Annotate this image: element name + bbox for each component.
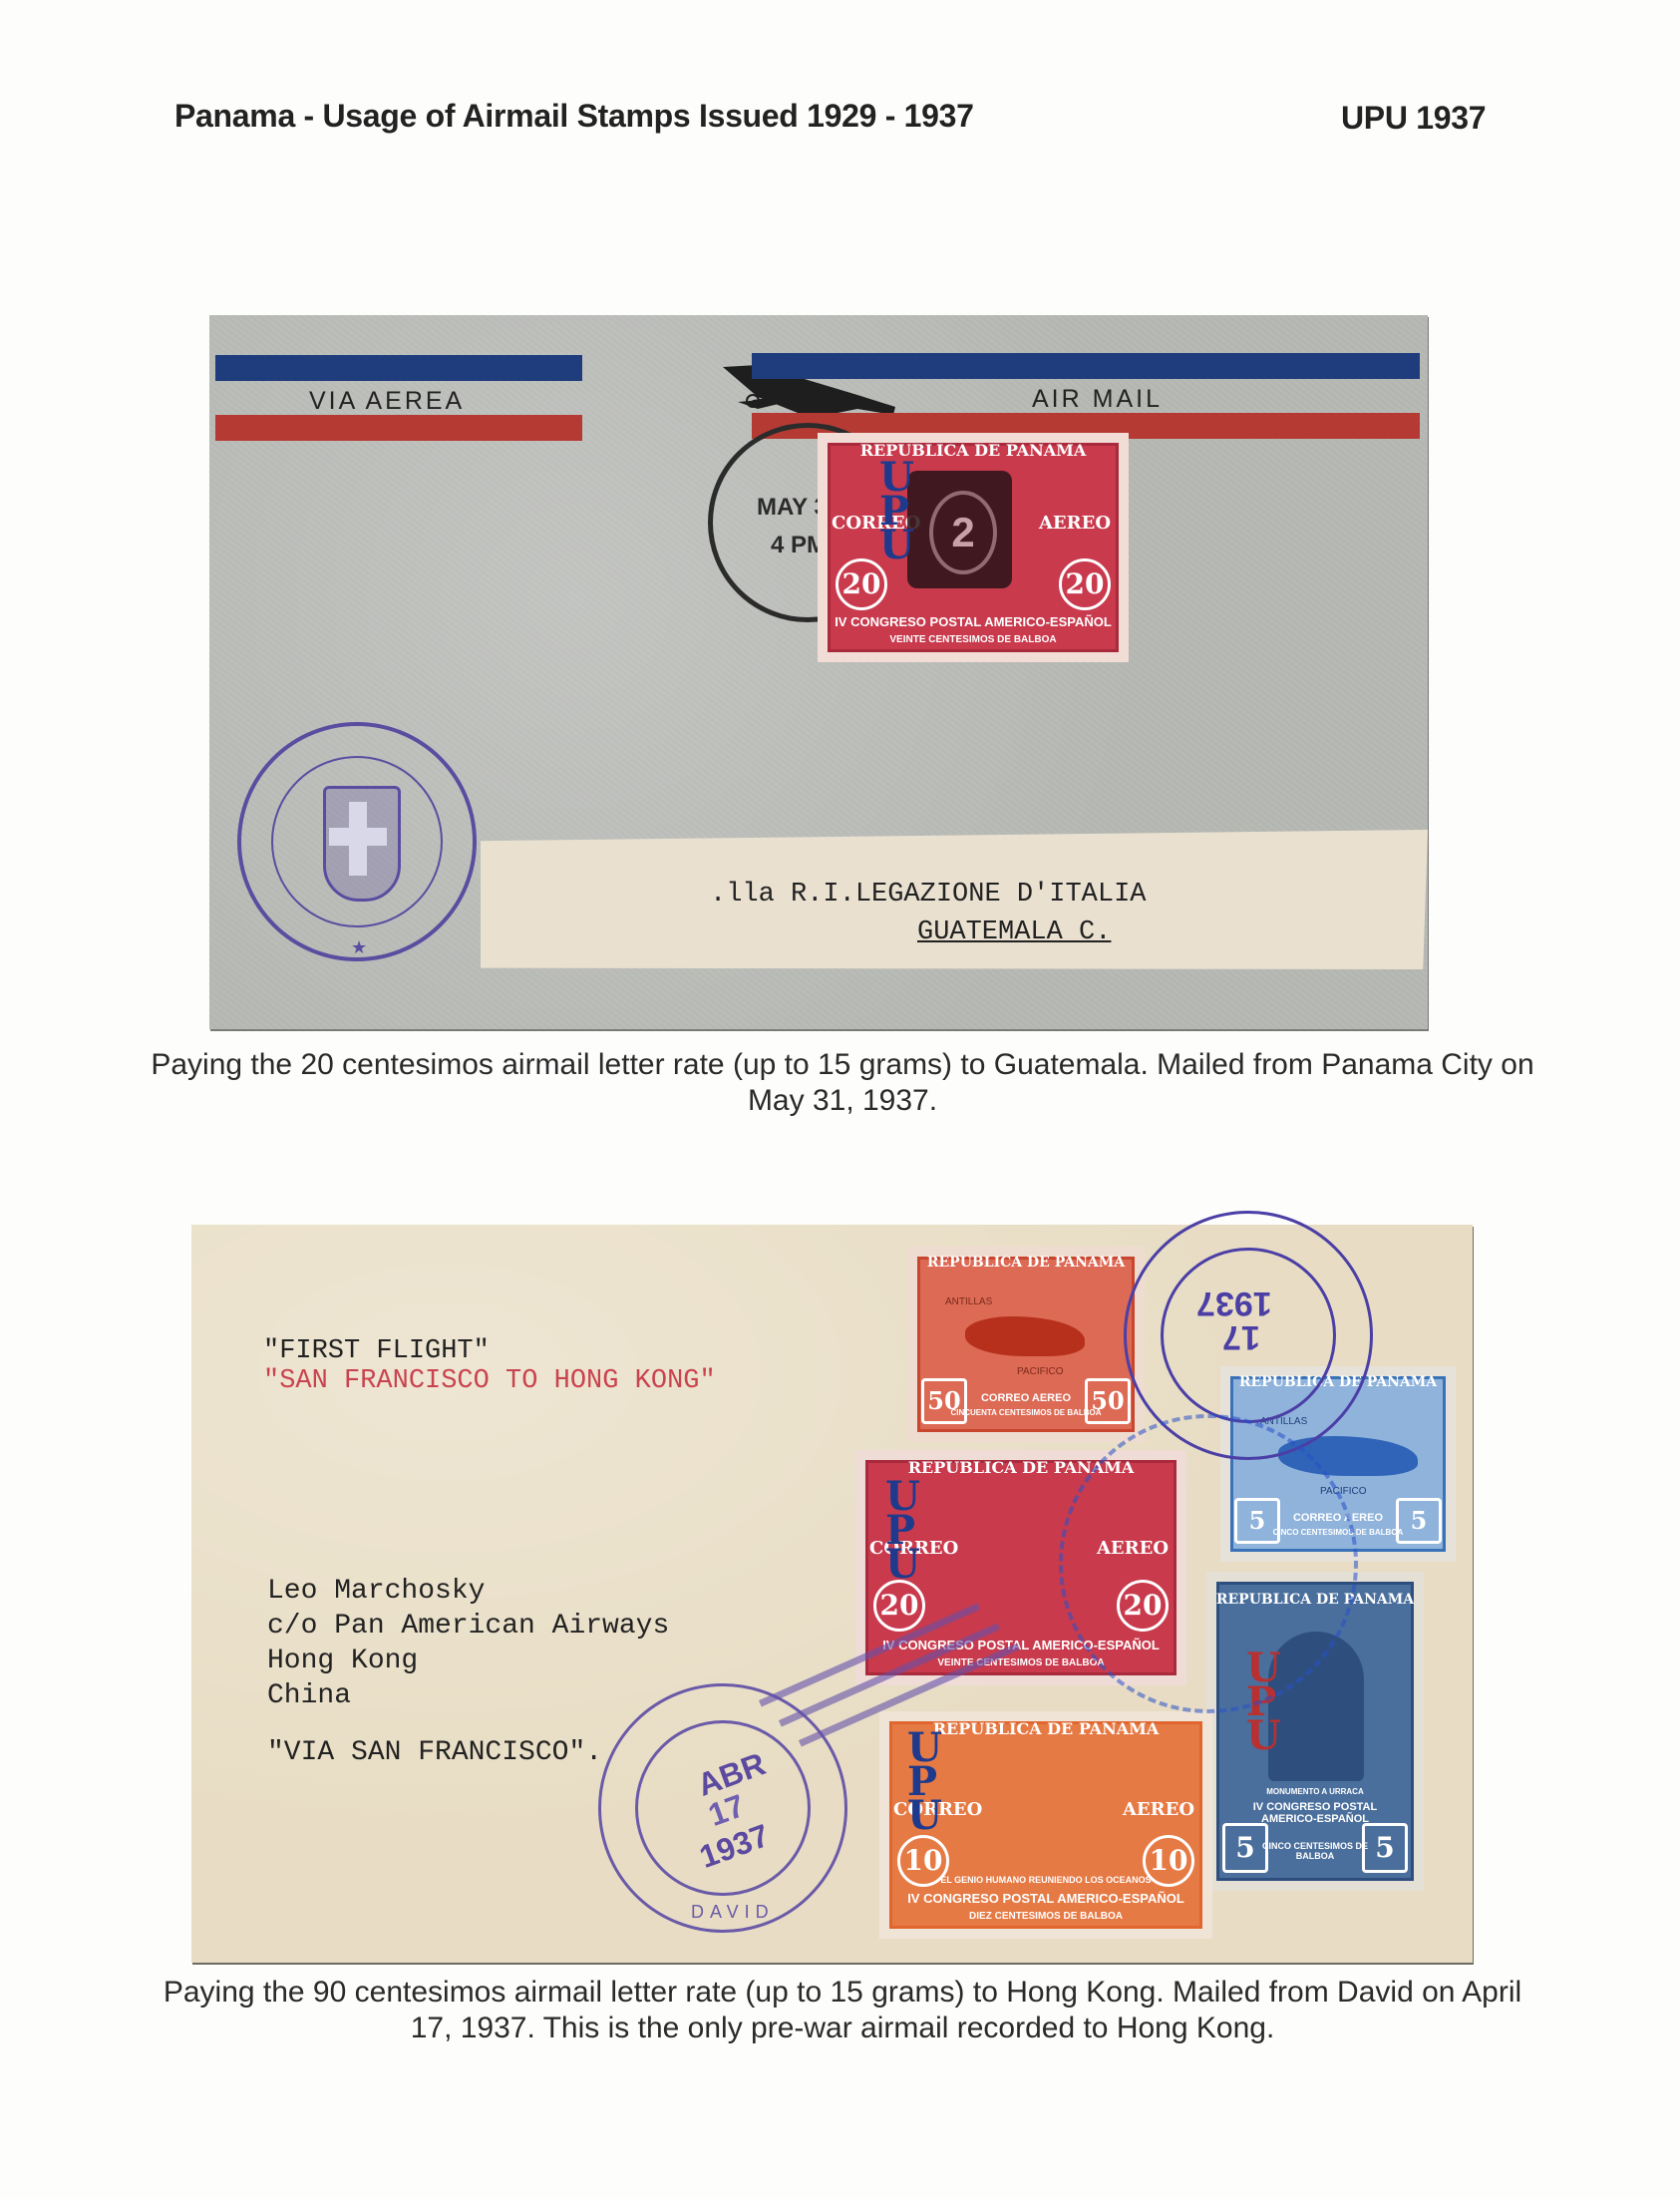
stamp-20c-upu: REPUBLICA DE PANAMA CORREO AEREO 20 20 I… <box>818 433 1129 662</box>
recipient-address: Leo Marchosky c/o Pan American Airways H… <box>267 1574 669 1770</box>
numeral-cancel: 2 <box>907 471 1012 588</box>
legation-seal: ★ <box>237 722 477 961</box>
page-title: Panama - Usage of Airmail Stamps Issued … <box>174 98 974 135</box>
stamp-value: 20 <box>1059 558 1111 610</box>
airmail-stripe-blue <box>752 353 1420 379</box>
address-label: .lla R.I.LEGAZIONE D'ITALIA GUATEMALA C. <box>481 830 1428 969</box>
stamp-50c: REPUBLICA DE PANAMA ANTILLAS PACIFICO 50… <box>907 1247 1145 1442</box>
route-cachet: "SAN FRANCISCO TO HONG KONG" <box>263 1366 716 1396</box>
caption-cover-2: Paying the 90 centesimos airmail letter … <box>150 1975 1535 2046</box>
air-mail-label: AIR MAIL <box>1032 385 1163 414</box>
postmark-david: ABR 17 1937 DAVID <box>598 1683 847 1933</box>
caption-cover-1: Paying the 20 centesimos airmail letter … <box>150 1047 1535 1119</box>
stamp-10c-upu: REPUBLICA DE PANAMA CORREO AEREO 10 10 E… <box>879 1711 1212 1939</box>
section-label: UPU 1937 <box>1341 100 1486 137</box>
upu-overprint: UPU <box>885 1480 915 1582</box>
airmail-stripe-red <box>215 415 582 441</box>
cover-hong-kong: "FIRST FLIGHT" "SAN FRANCISCO TO HONG KO… <box>191 1225 1473 1963</box>
cancel-bars <box>750 1612 1009 1691</box>
airmail-stripe-blue <box>215 355 582 381</box>
via-aerea-label: VIA AEREA <box>309 387 465 416</box>
upu-overprint: UPU <box>907 1731 937 1833</box>
first-flight-cachet: "FIRST FLIGHT" <box>263 1336 490 1366</box>
first-flight-transit-mark <box>1059 1414 1358 1713</box>
cover-guatemala: VIA AEREA AIR MAIL MAY 31 4 PM REPUBLICA… <box>209 315 1428 1029</box>
upu-overprint: UPU <box>879 461 909 562</box>
